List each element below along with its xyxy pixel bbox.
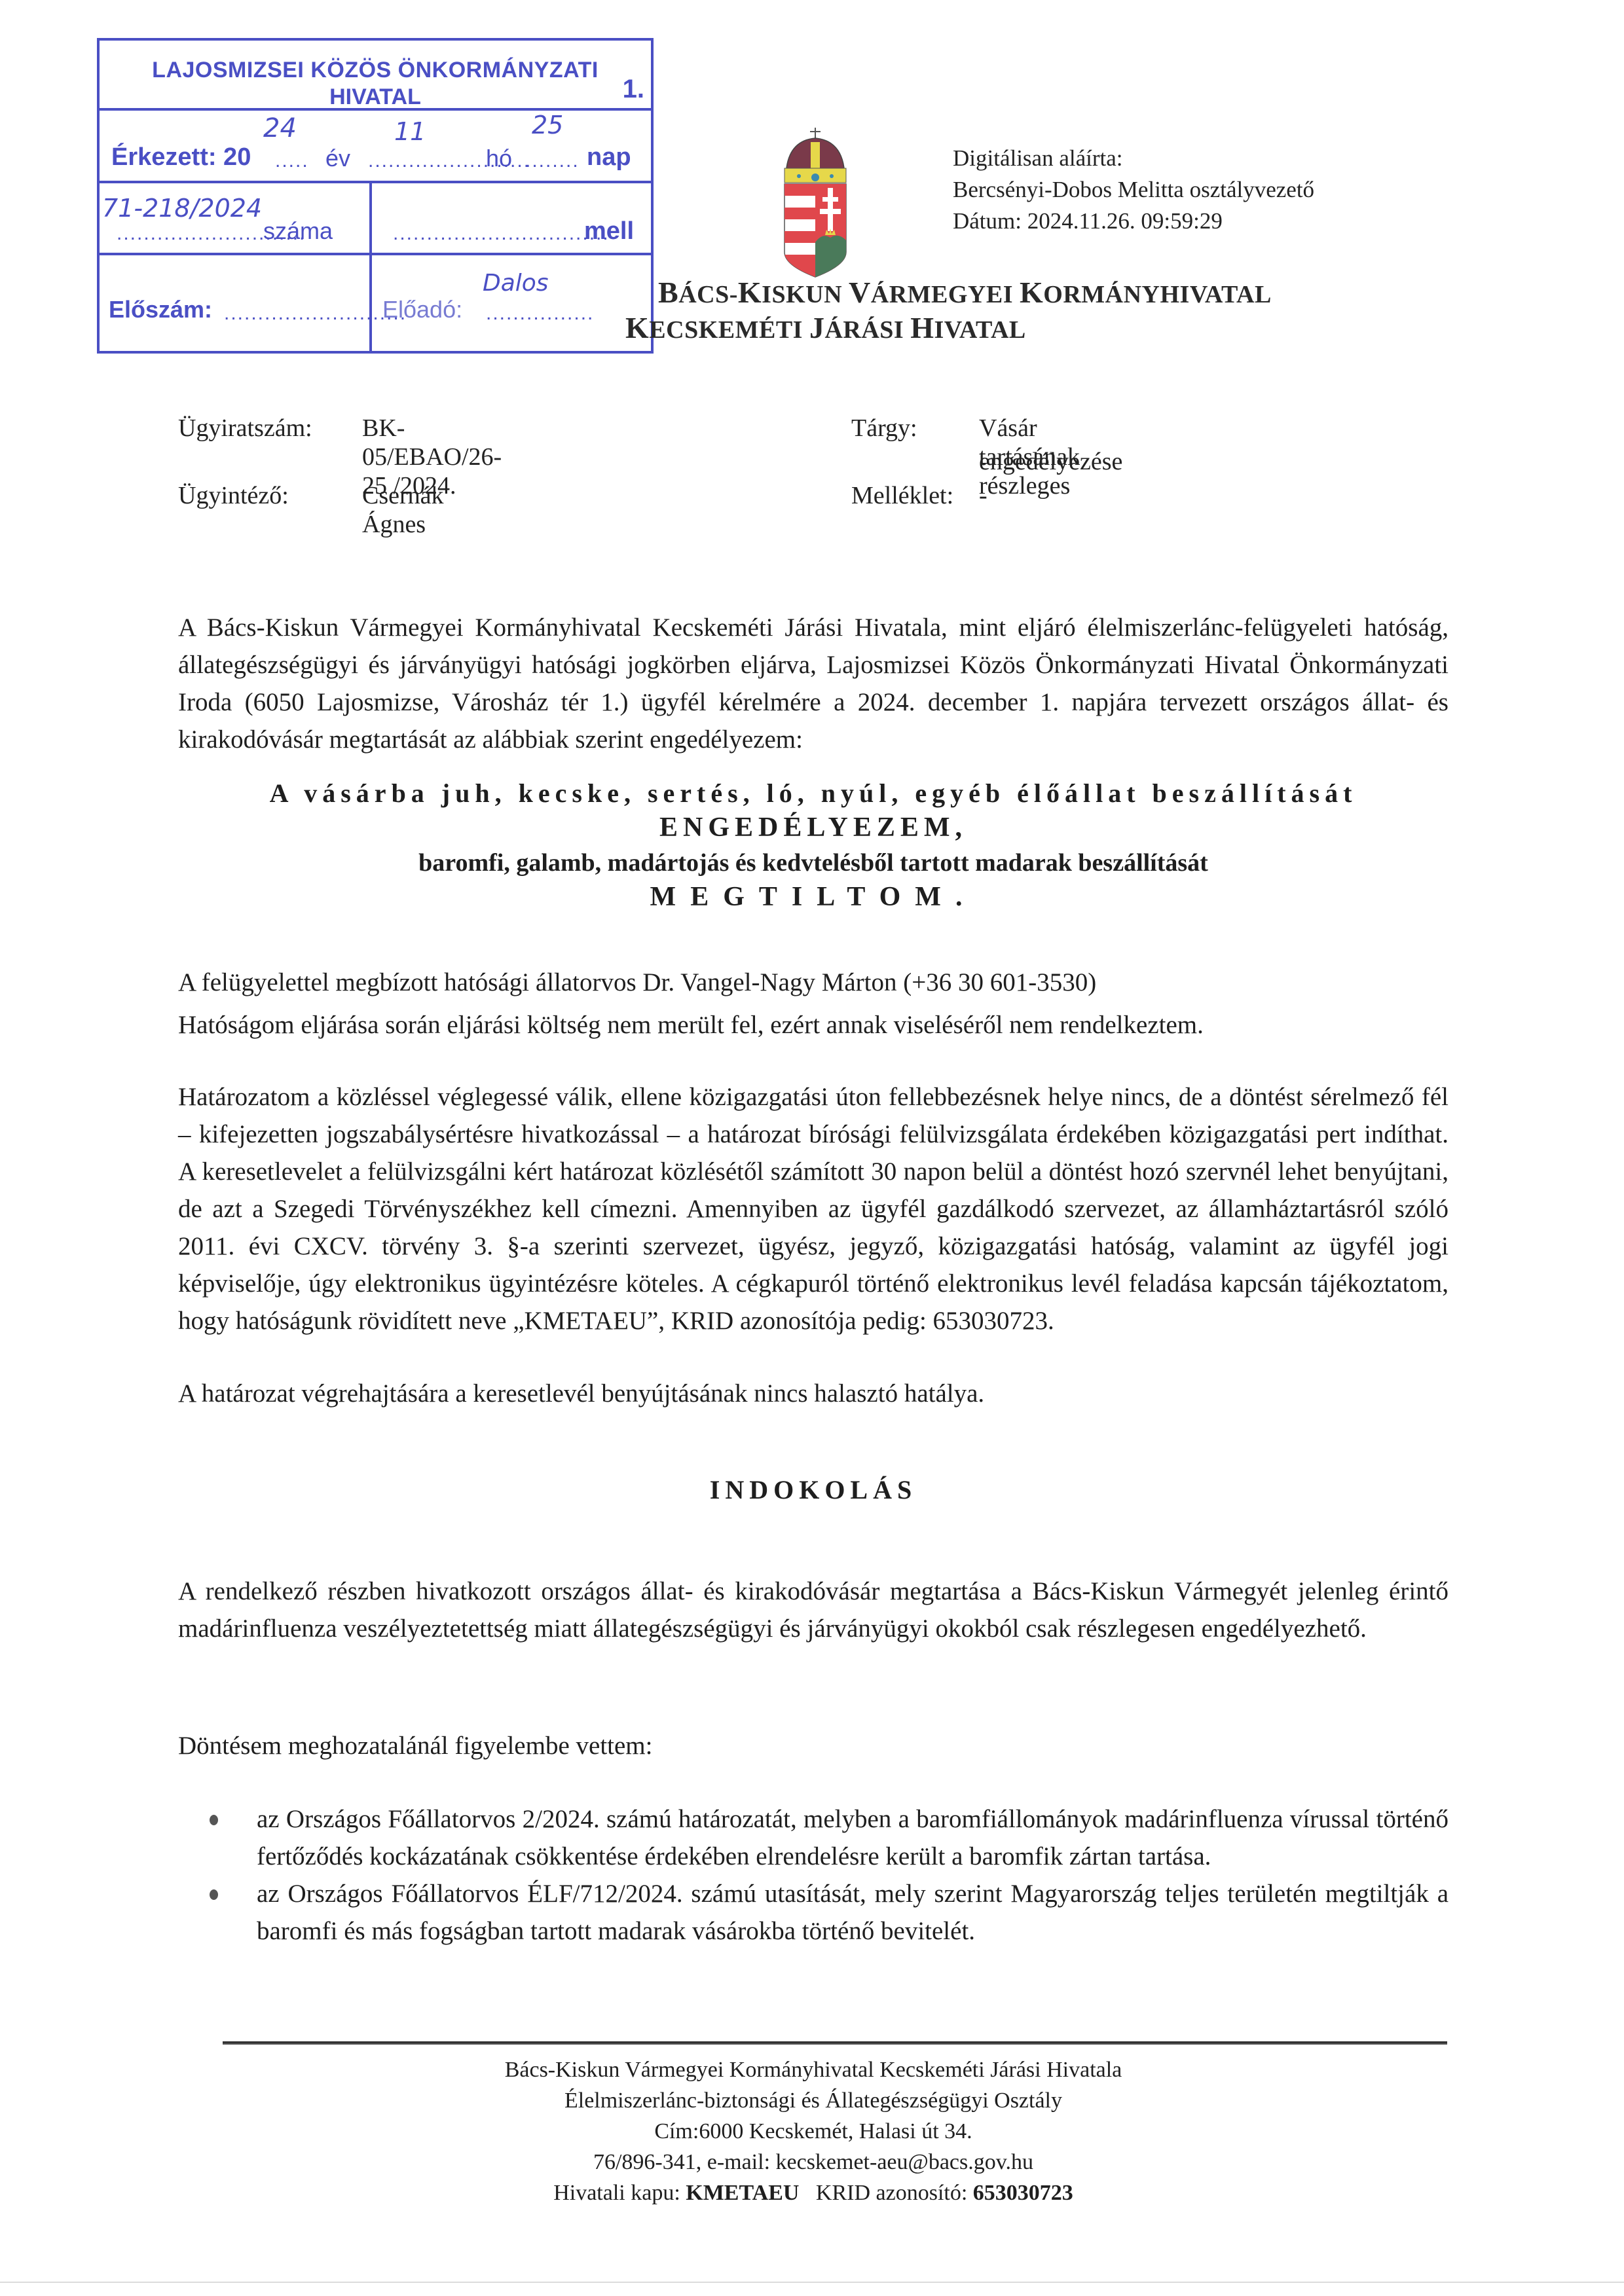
stamp-copy-number: 1. [623,75,644,104]
stamp-day-label: nap [587,143,631,172]
stamp-previous-dots: ........................... [224,302,407,325]
krid-label: KRID azonosító: [816,2181,967,2205]
attachment-label: Melléklet: [851,481,953,510]
stamp-year-dots: ..... [275,150,309,172]
stamp-previous-number-label: Előszám: [109,296,212,323]
digital-signature-block: Digitálisan aláírta: Bercsényi-Dobos Mel… [953,143,1314,237]
stamp-reg-number-handwritten: 71-218/2024 [102,194,262,223]
stamp-rapporteur-signature: Dalos [483,270,549,297]
stamp-previous-row: Előszám: ........................... Elő… [100,255,651,351]
stamp-org-line2: HIVATAL [100,84,651,110]
bullet-icon [210,1815,218,1825]
scan-edge-line [0,2282,1624,2283]
stamp-rapporteur-dots: ................ [486,302,594,325]
vet-paragraph: A felügyelettel megbízott hatósági állat… [178,964,1449,1001]
footer-gateway: Hivatali kapu: KMETAEU KRID azonosító: 6… [178,2178,1449,2208]
stamp-day-handwritten: 25 [532,111,563,139]
stamp-month-handwritten: 11 [394,117,426,146]
signature-date: Dátum: 2024.11.26. 09:59:29 [953,206,1314,237]
inst2-initial-j: J [809,311,825,344]
stamp-day-dots: ........ [525,150,580,172]
considered-list: az Országos Főállatorvos 2/2024. számú h… [178,1800,1449,1950]
remedy-paragraph: Határozatom a közléssel véglegessé válik… [178,1078,1449,1339]
stamp-reg-number-label: száma [263,217,333,245]
inst1-initial-k: K [738,276,762,309]
gateway-label: Hivatali kapu: [553,2181,680,2205]
subject-label: Tárgy: [851,414,917,443]
inst2-rest-k: ECSKEMÉTI [649,316,809,344]
stamp-rapporteur-label: Előadó: [382,296,462,323]
inst1-initial-v: V [849,276,871,309]
stamp-header: LAJOSMIZSEI KÖZÖS ÖNKORMÁNYZATI HIVATAL … [100,41,651,111]
reasoning-paragraph: A rendelkező részben hivatkozott országo… [178,1573,1449,1647]
decision-allowed-line: A vásárba juh, kecske, sertés, ló, nyúl,… [178,778,1449,809]
stamp-attachments-dots: ................................ [393,223,610,245]
list-item: az Országos Főállatorvos 2/2024. számú h… [178,1800,1449,1875]
received-stamp: LAJOSMIZSEI KÖZÖS ÖNKORMÁNYZATI HIVATAL … [97,38,654,354]
considered-intro: Döntésem meghozatalánál figyelembe vette… [178,1727,1449,1764]
stamp-month-label: hó [486,145,512,172]
subject-line2: engedélyezése [979,447,1122,476]
inst2-initial-k: K [625,311,649,344]
suspension-paragraph: A határozat végrehajtására a keresetlevé… [178,1375,1449,1412]
footer: Bács-Kiskun Vármegyei Kormányhivatal Kec… [178,2054,1449,2208]
gateway-value: KMETAEU [686,2181,799,2205]
list-item: az Országos Főállatorvos ÉLF/712/2024. s… [178,1875,1449,1950]
handler-label: Ügyintéző: [178,481,289,510]
inst1-rest-v: ÁRMEGYEI [871,281,1020,308]
case-number-label: Ügyiratszám: [178,414,312,443]
inst1-initial-b: B [658,276,678,309]
stamp-received-label: Érkezett: 20 [111,143,251,172]
footer-line1: Bács-Kiskun Vármegyei Kormányhivatal Kec… [178,2054,1449,2085]
stamp-attachments-label: mell [584,217,634,246]
inst1-initial-k2: K [1020,276,1043,309]
costs-paragraph: Hatóságom eljárása során eljárási költsé… [178,1006,1449,1044]
stamp-received-row: Érkezett: 20 ..... 24 év ...............… [100,111,651,183]
decision-forbidden-verb: MEGTILTOM. [178,881,1449,913]
signature-signer: Bercsényi-Dobos Melitta osztályvezető [953,174,1314,206]
decision-allowed-verb: ENGEDÉLYEZEM, [178,812,1449,843]
inst1-rest-k: ISKUN [762,281,849,308]
attachment-value: - [979,481,987,510]
intro-paragraph: A Bács-Kiskun Vármegyei Kormányhivatal K… [178,609,1449,758]
footer-address: Cím:6000 Kecskemét, Halasi út 34. [178,2116,1449,2147]
inst1-rest-k2: ORMÁNYHIVATAL [1043,281,1272,308]
krid-value: 653030723 [973,2181,1073,2205]
institution-name-line2: KECSKEMÉTI JÁRÁSI HIVATAL [625,310,1026,345]
footer-line2: Élelmiszerlánc-biztonsági és Állategészs… [178,2085,1449,2116]
footer-contact: 76/896-341, e-mail: kecskemet-aeu@bacs.g… [178,2147,1449,2178]
handler-value: Csernák Ágnes [362,481,444,539]
inst2-rest-j: ÁRÁSI [824,316,910,344]
list-item-text: az Országos Főállatorvos ÉLF/712/2024. s… [257,1880,1449,1945]
stamp-year-handwritten: 24 [263,113,297,143]
reasoning-heading: INDOKOLÁS [178,1474,1449,1505]
institution-name-line1: BÁCS-KISKUN VÁRMEGYEI KORMÁNYHIVATAL [658,275,1272,310]
footer-divider [223,2041,1447,2045]
bullet-icon [210,1889,218,1900]
stamp-year-suffix: év [325,145,350,172]
list-item-text: az Országos Főállatorvos 2/2024. számú h… [257,1805,1449,1870]
inst2-initial-h: H [910,311,934,344]
inst2-rest-h: IVATAL [934,316,1025,344]
stamp-number-row: 71-218/2024 ............................… [100,183,651,255]
inst1-rest-b: ÁCS- [678,281,738,308]
decision-forbidden-line: baromfi, galamb, madártojás és kedvtelés… [178,848,1449,877]
signature-line1: Digitálisan aláírta: [953,143,1314,174]
stamp-org-line1: LAJOSMIZSEI KÖZÖS ÖNKORMÁNYZATI [100,58,651,83]
hungarian-coat-of-arms-icon [779,128,851,278]
